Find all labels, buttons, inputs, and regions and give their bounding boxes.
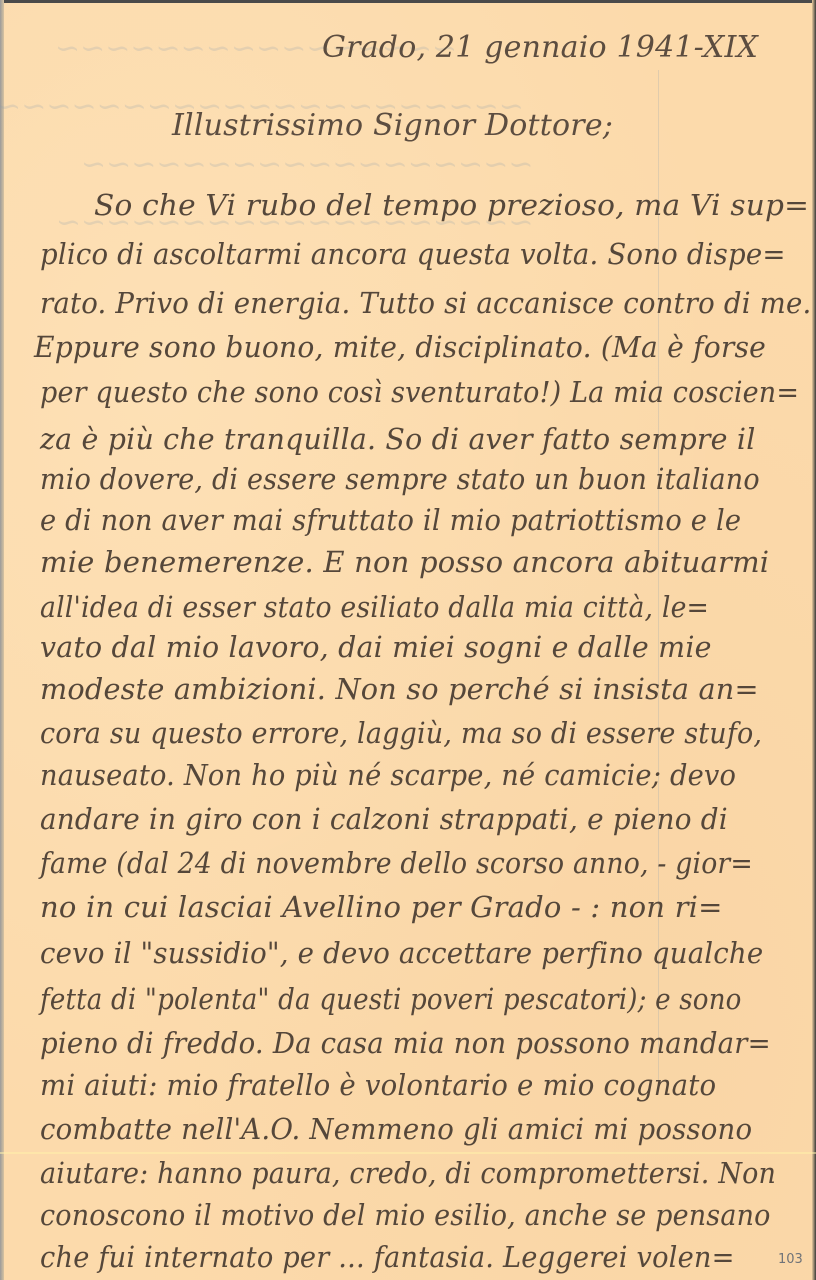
body-line: che fui internato per ... fantasia. Legg… <box>40 1240 735 1274</box>
letter-page: ~~~~~~~~~~~~~~~~ ~~~~~~~~~~~~~~~~~~~~~ ~… <box>0 0 816 1280</box>
scan-top-border <box>0 0 816 3</box>
body-line: per questo che sono così sventurato!) La… <box>40 375 799 409</box>
body-line: no in cui lasciai Avellino per Grado - :… <box>40 890 723 924</box>
body-line: fetta di "polenta" da questi poveri pesc… <box>40 982 742 1016</box>
body-line: plico di ascoltarmi ancora questa volta.… <box>40 237 786 271</box>
body-line: pieno di freddo. Da casa mia non possono… <box>40 1026 771 1060</box>
body-line: modeste ambizioni. Non so perché si insi… <box>40 672 759 706</box>
body-line: cora su questo errore, laggiù, ma so di … <box>40 716 762 750</box>
letter-dateline: Grado, 21 gennaio 1941-XIX <box>322 30 758 65</box>
archive-page-number: 103 <box>778 1252 803 1267</box>
body-line: andare in giro con i calzoni strappati, … <box>40 802 728 836</box>
letter-salutation: Illustrissimo Signor Dottore; <box>172 108 613 143</box>
body-line: za è più che tranquilla. So di aver fatt… <box>40 422 756 456</box>
body-line: conoscono il motivo del mio esilio, anch… <box>40 1198 771 1232</box>
body-line: mio dovere, di essere sempre stato un bu… <box>40 462 760 496</box>
body-line: cevo il "sussidio", e devo accettare per… <box>40 936 763 970</box>
body-line: So che Vi rubo del tempo prezioso, ma Vi… <box>94 188 809 222</box>
body-line: all'idea di esser stato esiliato dalla m… <box>40 590 709 624</box>
body-line: combatte nell'A.O. Nemmeno gli amici mi … <box>40 1112 752 1146</box>
body-line: e di non aver mai sfruttato il mio patri… <box>40 503 741 537</box>
body-line: Eppure sono buono, mite, disciplinato. (… <box>34 330 766 364</box>
body-line: mie benemerenze. E non posso ancora abit… <box>40 545 769 579</box>
body-line: vato dal mio lavoro, dai miei sogni e da… <box>40 630 712 664</box>
paper-fold-line <box>0 1152 816 1154</box>
body-line: fame (dal 24 di novembre dello scorso an… <box>40 846 753 880</box>
scan-right-border <box>812 0 816 1280</box>
body-line: mi aiuti: mio fratello è volontario e mi… <box>40 1068 716 1102</box>
scan-left-border <box>0 0 4 1280</box>
body-line: nauseato. Non ho più né scarpe, né camic… <box>40 758 736 792</box>
body-line: aiutare: hanno paura, credo, di comprome… <box>40 1156 776 1190</box>
body-line: rato. Privo di energia. Tutto si accanis… <box>40 286 811 320</box>
